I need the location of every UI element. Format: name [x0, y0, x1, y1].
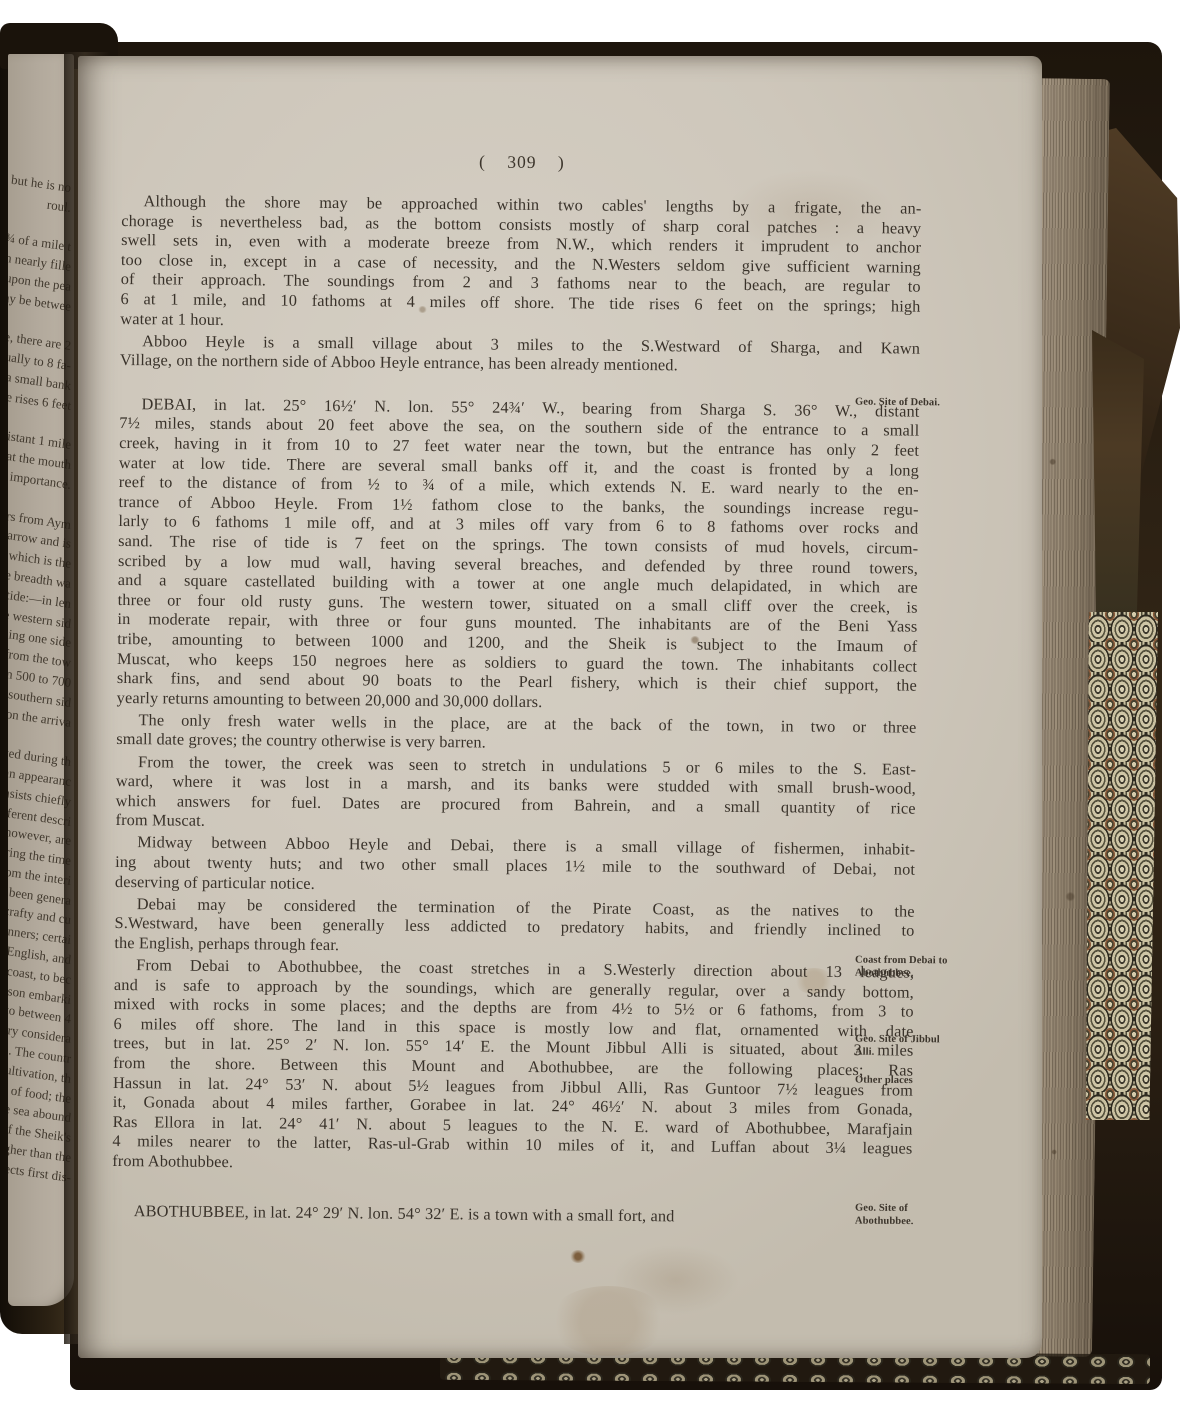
margin-note: Geo. Site of Abothubbee.: [855, 1203, 951, 1229]
paragraph: Midway between Abboo Heyle and Debai, th…: [115, 832, 916, 898]
right-page: ( 309 ) Although the shore may be approa…: [78, 56, 1042, 1358]
text-line: ABOTHUBBEE, in lat. 24° 29′ N. lon. 54° …: [112, 1200, 912, 1227]
book-photo: dent, but he is noroul.bout ¾ of a mile …: [0, 0, 1182, 1417]
left-page-text: dent, but he is noroul.bout ¾ of a mile …: [8, 178, 71, 1188]
cover-inner-edge: [1092, 330, 1144, 620]
paragraph: From the tower, the creek was seen to st…: [115, 752, 916, 838]
paragraph: From Debai to Abothubbee, the coast stre…: [112, 955, 914, 1178]
marbled-endpaper: [1086, 612, 1158, 1120]
stain: [548, 1286, 668, 1356]
margin-note: Geo. Site of Jibbul Alli.: [855, 1034, 951, 1060]
body-text: Although the shore may be approached wit…: [112, 191, 922, 1228]
page-content: ( 309 ) Although the shore may be approa…: [112, 148, 922, 1230]
paragraph: DEBAI, in lat. 25° 16½′ N. lon. 55° 24¾′…: [117, 394, 920, 715]
margin-note: Other places: [855, 1075, 951, 1088]
paragraph: ABOTHUBBEE, in lat. 24° 29′ N. lon. 54° …: [112, 1200, 912, 1227]
margin-note: Geo. Site of Debai.: [855, 397, 951, 410]
margin-note: Coast from Debai to Abothubbee.: [855, 955, 951, 981]
paragraph: Abboo Heyle is a small village about 3 m…: [120, 331, 920, 378]
page-number: ( 309 ): [122, 148, 922, 177]
paragraph: Debai may be considered the termination …: [114, 894, 915, 960]
paragraph: Although the shore may be approached wit…: [120, 191, 921, 336]
stain: [570, 1250, 586, 1263]
paragraph: The only fresh water wells in the place,…: [116, 710, 916, 757]
